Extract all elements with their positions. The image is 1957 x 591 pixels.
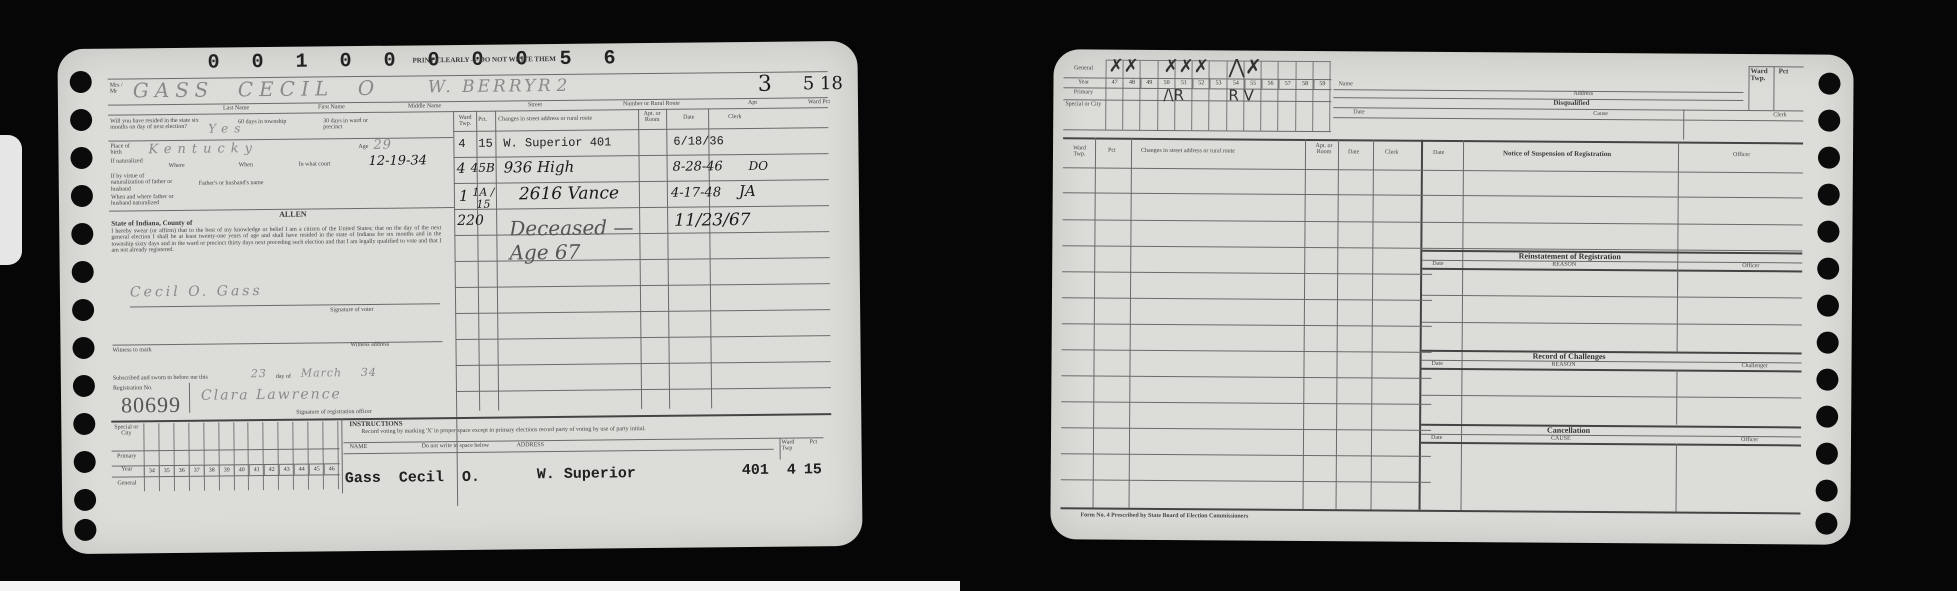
- row2-ward: 4: [457, 161, 466, 177]
- middle-name-value: O: [358, 76, 381, 100]
- signature-line: [130, 303, 440, 307]
- naturalized-label: If naturalized: [111, 158, 151, 165]
- place-of-birth-value: Kentucky: [148, 141, 258, 157]
- year-cell: 42: [264, 465, 279, 475]
- registration-no-label: Registration No.: [113, 385, 153, 392]
- divider: [1333, 89, 1743, 93]
- divider: [1422, 322, 1802, 326]
- days-60-label: 60 days in township: [238, 119, 288, 126]
- grid-label-primary: Primary: [1063, 89, 1103, 96]
- punch-hole: [1817, 295, 1839, 317]
- row2-address: 936 High: [504, 158, 575, 177]
- last-name-value: GASS: [133, 78, 215, 103]
- divider: [454, 205, 829, 210]
- address-label: ADDRESS: [517, 442, 544, 449]
- street-label: Street: [528, 102, 542, 108]
- footer-pct: 15: [804, 461, 822, 478]
- divider: [1062, 297, 1432, 301]
- father-naturalized-label: When and where father or husband natural…: [111, 194, 181, 207]
- year-cell: 39: [219, 465, 234, 475]
- row1-ward: 4: [458, 137, 465, 151]
- year-cell: 52: [1192, 78, 1209, 88]
- year-cell: 49: [1140, 78, 1157, 88]
- middle-name-label: Middle Name: [408, 103, 441, 110]
- challenges-date-header: Date: [1432, 361, 1443, 367]
- divider: [455, 309, 830, 314]
- footer-ward: 4: [787, 461, 796, 478]
- footer-street: W. Superior: [537, 465, 636, 483]
- cancellation-date-header: Date: [1431, 435, 1442, 441]
- day-of-label: day of: [276, 374, 291, 380]
- divider: [454, 153, 829, 158]
- year-row-front: 34 35 36 37 38 39 40 41 42 43 44 45 46: [144, 464, 339, 476]
- divider: [344, 449, 774, 455]
- row4-date: 11/23/67: [674, 210, 751, 231]
- row3-date: 4-17-48: [671, 185, 721, 201]
- col-clerk: Clerk: [1385, 150, 1398, 156]
- grid-label-year: Year: [1063, 79, 1103, 86]
- punch-hole: [1817, 332, 1839, 354]
- instructions-text: Record voting by marking 'X' in proper s…: [361, 424, 811, 435]
- punch-hole: [70, 109, 92, 131]
- row2-pct: 45B: [471, 161, 495, 175]
- oath-text: I hereby swear (or affirm) that to the b…: [111, 225, 441, 254]
- divider: [1677, 270, 1679, 352]
- divider: [779, 438, 780, 460]
- punch-hole: [1818, 73, 1840, 95]
- year-cell: 40: [234, 465, 249, 475]
- divider: [453, 127, 828, 132]
- registration-card-back: General Year Primary Special or City 47 …: [1050, 49, 1853, 545]
- divider: [1748, 66, 1749, 110]
- card-edge-fragment: [0, 135, 22, 265]
- street-value: W. BERRY: [428, 76, 539, 97]
- cancellation-officer-header: Officer: [1741, 437, 1758, 443]
- registration-card-front: 0 0 1 0 0 0 0 0 5 6 PRINT CLEARLY — DO N…: [57, 41, 862, 554]
- divider: [1683, 110, 1684, 140]
- reinstatement-date-header: Date: [1432, 261, 1443, 267]
- number-label: Number or Rural Route: [623, 101, 680, 108]
- punch-hole: [72, 299, 94, 321]
- row4-ward: 220: [457, 213, 484, 229]
- ward-twp-label: Ward Twp: [782, 439, 800, 452]
- grid-label-year: Year: [112, 466, 142, 473]
- grid-label-special: Special or City: [111, 424, 141, 437]
- divider: [456, 361, 831, 366]
- title-prefix: Mrs / Mr: [110, 83, 124, 96]
- grid-label-primary: Primary: [112, 453, 142, 460]
- punch-hole: [71, 185, 93, 207]
- officer-signature: Clara Lawrence: [201, 386, 342, 403]
- punch-hole: [73, 413, 95, 435]
- vote-mark: /\R: [1163, 86, 1184, 104]
- punch-hole: [1816, 480, 1838, 502]
- suspension-officer-header: Officer: [1733, 152, 1750, 158]
- year-cell: 56: [1261, 79, 1278, 89]
- year-cell: 38: [204, 466, 219, 476]
- witness-mark-label: Witness to mark: [113, 347, 152, 354]
- divider: [108, 137, 453, 142]
- divider: [108, 97, 828, 106]
- resided-question: Will you have resided in the state six m…: [110, 118, 205, 132]
- col-pct: Pct: [1108, 148, 1116, 154]
- col-apt-room: Apt. or Room: [1309, 143, 1339, 156]
- footer-number: 401: [742, 462, 769, 479]
- divider: [456, 387, 831, 392]
- naturalized-date: 12-19-34: [368, 153, 427, 169]
- punch-hole: [74, 519, 96, 541]
- court-label: In what court: [299, 161, 331, 168]
- year-cell: 43: [279, 465, 294, 475]
- col-changes: Changes in street address or rural route: [1141, 148, 1301, 155]
- signature-officer-label: Signature of registration officer: [296, 409, 372, 416]
- clerk-label: Clerk: [1773, 112, 1786, 118]
- ward-twp-label: Ward Twp.: [1751, 68, 1773, 83]
- divider: [1422, 295, 1802, 299]
- last-name-label: Last Name: [223, 105, 249, 112]
- pct-label: Pct: [810, 439, 818, 445]
- subscribed-month: March: [301, 366, 342, 379]
- year-cell: 41: [249, 465, 264, 475]
- county-name: ALLEN: [279, 211, 307, 220]
- by-virtue-label: If by virtue of naturalization of father…: [111, 173, 176, 193]
- divider: [1773, 66, 1774, 110]
- divider: [1061, 479, 1431, 483]
- col-date: Date: [1348, 149, 1359, 155]
- divider: [1421, 395, 1801, 399]
- punch-hole: [71, 223, 93, 245]
- year-cell: 44: [294, 465, 309, 475]
- punch-hole: [1815, 513, 1837, 535]
- punch-hole: [1817, 221, 1839, 243]
- divider: [1676, 444, 1677, 512]
- suspension-date-header: Date: [1433, 150, 1444, 156]
- punch-hole: [74, 489, 96, 511]
- divider: [1333, 97, 1743, 101]
- row2-date: 8-28-46: [673, 159, 723, 175]
- punch-hole: [72, 337, 94, 359]
- year-cell: 35: [159, 466, 174, 476]
- punch-hole: [74, 451, 96, 473]
- divider: [341, 418, 343, 493]
- divider: [111, 413, 831, 423]
- divider: [1062, 349, 1432, 353]
- days-30-label: 30 days in ward or precinct: [323, 118, 383, 131]
- grid-label-general: General: [1064, 65, 1104, 72]
- row3-address: 2616 Vance: [519, 183, 619, 204]
- punch-hole: [70, 71, 92, 93]
- row2-clerk: DO: [749, 159, 769, 173]
- number-value: R2: [538, 76, 574, 96]
- vote-grid-front: [143, 421, 339, 491]
- col-ward-twp: Ward Twp.: [456, 115, 474, 128]
- age-value: 29: [373, 138, 392, 153]
- form-footer: Form No. 4 Prescribed by State Board of …: [1080, 512, 1248, 519]
- voter-signature: Cecil O. Gass: [130, 283, 263, 300]
- year-cell: 47: [1105, 78, 1122, 88]
- row1-date: 6/18/36: [673, 134, 724, 149]
- punch-hole: [1818, 147, 1840, 169]
- subscribed-day: 23: [251, 367, 267, 380]
- col-changes: Changes in street address or rural route: [498, 115, 638, 123]
- divider: [1061, 375, 1431, 379]
- grid-label-general: General: [112, 480, 142, 487]
- age-label: Age: [358, 144, 368, 150]
- col-apt-room: Apt. or Room: [641, 111, 663, 124]
- punch-hole: [72, 261, 94, 283]
- punch-hole: [70, 147, 92, 169]
- divider: [1333, 117, 1803, 121]
- place-of-birth-label: Place of birth: [110, 143, 140, 156]
- row1-pct: 15: [478, 137, 493, 151]
- divider: [189, 383, 190, 413]
- row3-clerk: JA: [739, 182, 756, 200]
- pct-label: Pct: [1779, 68, 1789, 75]
- year-cell: 34: [144, 466, 159, 476]
- divider: [1063, 167, 1803, 173]
- reinstatement-reason-header: REASON: [1552, 262, 1576, 268]
- grid-label-special: Special or City: [1063, 101, 1103, 108]
- first-name-label: First Name: [318, 104, 345, 111]
- divider: [1061, 427, 1431, 431]
- subscribed-year: 34: [361, 366, 377, 379]
- divider: [1062, 271, 1432, 275]
- year-row-back: 47 48 49 50 51 52 53 54 55 56 57 58 59: [1105, 78, 1330, 90]
- punch-hole: [1816, 369, 1838, 391]
- witness-line: [112, 341, 442, 345]
- divider: [454, 179, 829, 184]
- challenges-reason-header: REASON: [1552, 362, 1576, 368]
- row3-ward: 1: [459, 187, 469, 205]
- punch-hole: [1817, 258, 1839, 280]
- divider: [1333, 107, 1803, 111]
- signature-voter-label: Signature of voter: [330, 307, 373, 314]
- vote-mark: ✗✗✗: [1164, 56, 1209, 77]
- challenges-challenger-header: Challenger: [1742, 363, 1768, 369]
- year-cell: 36: [174, 466, 189, 476]
- apt-label: Apt: [748, 100, 757, 106]
- divider: [1063, 137, 1803, 144]
- subscribed-label: Subscribed and sworn to before me this: [113, 375, 208, 382]
- divider: [455, 283, 830, 288]
- name-label: NAME: [350, 444, 368, 450]
- divider: [1061, 453, 1431, 457]
- year-cell: 58: [1296, 79, 1313, 89]
- registration-number: 80699: [121, 392, 181, 419]
- year-cell: 37: [189, 466, 204, 476]
- apt-value: 3: [758, 72, 772, 97]
- footer-name: Gass Cecil O.: [345, 469, 480, 487]
- fathers-name-label: Father's or husband's name: [199, 180, 264, 187]
- vote-mark: R V: [1228, 86, 1254, 104]
- row4-address: Deceased — Age 67: [509, 215, 649, 264]
- divider: [455, 335, 830, 340]
- disqualified-label: Disqualified: [1553, 100, 1589, 108]
- divider: [1063, 219, 1803, 225]
- name-label: Name: [1338, 81, 1352, 87]
- first-name-value: CECIL: [238, 76, 335, 101]
- cancellation-cause-header: CAUSE: [1551, 436, 1571, 442]
- vote-grid-back: [1105, 60, 1330, 132]
- col-clerk: Clerk: [728, 114, 741, 120]
- divider: [344, 437, 824, 443]
- divider: [1063, 192, 1803, 198]
- punch-hole: [1818, 110, 1840, 132]
- punch-hole: [73, 375, 95, 397]
- row1-address: W. Superior 401: [503, 135, 611, 150]
- vote-mark: ⋀✗: [1229, 54, 1262, 78]
- punch-hole: [1816, 406, 1838, 428]
- do-not-write-label: Do not write in space below: [422, 443, 490, 450]
- punch-hole: [1816, 443, 1838, 465]
- date-label: Date: [1353, 109, 1364, 115]
- suspension-title: Notice of Suspension of Registration: [1503, 150, 1611, 158]
- year-cell: 59: [1313, 79, 1330, 89]
- where-label: Where: [169, 163, 185, 169]
- oath-heading: State of Indiana, County of: [111, 220, 192, 228]
- year-cell: 46: [324, 464, 339, 474]
- punch-hole: [1818, 184, 1840, 206]
- year-cell: 57: [1279, 79, 1296, 89]
- year-cell: 45: [309, 464, 324, 474]
- address-label: Address: [1573, 91, 1593, 97]
- col-ward-twp: Ward Twp.: [1067, 145, 1092, 158]
- cause-label: Cause: [1593, 111, 1608, 117]
- divider: [1062, 323, 1432, 327]
- vote-mark: ✗✗: [1109, 56, 1139, 77]
- year-cell: 48: [1123, 78, 1140, 88]
- scan-edge-strip: [0, 581, 960, 591]
- instructions-heading: INSTRUCTIONS: [349, 421, 402, 429]
- row3-pct: 1A / 15: [471, 187, 496, 211]
- col-pct: Pct.: [478, 117, 487, 123]
- ward-pct-label: Ward Pct: [808, 99, 830, 106]
- witness-address-label: Witness address: [350, 342, 389, 349]
- when-label: When: [239, 162, 253, 168]
- header-notice: PRINT CLEARLY — DO NOT WRITE THEM: [412, 56, 555, 65]
- year-cell: 53: [1209, 78, 1226, 88]
- ward-pct-value: 5 18: [803, 73, 843, 94]
- divider: [1676, 370, 1677, 425]
- divider: [1061, 401, 1431, 405]
- reinstatement-officer-header: Officer: [1742, 263, 1759, 269]
- col-date: Date: [683, 115, 694, 121]
